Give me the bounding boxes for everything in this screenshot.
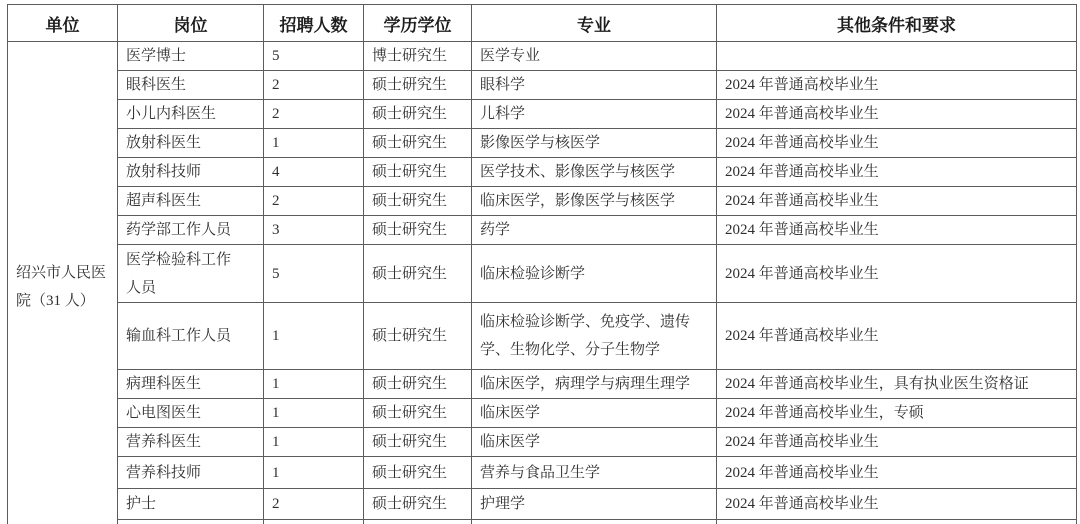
position-cell: 超声科医生 — [118, 187, 264, 216]
header-cell-count: 招聘人数 — [264, 5, 364, 42]
table-row: 绍兴市人民医院（31 人）医学博士5博士研究生医学专业 — [8, 42, 1077, 71]
major-cell: 影像医学与核医学 — [472, 129, 717, 158]
table-row: 输血科工作人员1硕士研究生临床检验诊断学、免疫学、遗传学、生物化学、分子生物学2… — [8, 303, 1077, 370]
header-cell-unit: 单位 — [8, 5, 118, 42]
position-cell: 药学部工作人员 — [118, 216, 264, 245]
count-cell: 2 — [264, 489, 364, 520]
count-cell-empty — [264, 520, 364, 524]
table-row: 小儿内科医生2硕士研究生儿科学2024 年普通高校毕业生 — [8, 100, 1077, 129]
position-cell: 小儿内科医生 — [118, 100, 264, 129]
position-cell: 医学检验科工作人员 — [118, 245, 264, 303]
count-cell: 1 — [264, 457, 364, 489]
position-cell: 放射科技师 — [118, 158, 264, 187]
header-cell-major: 专业 — [472, 5, 717, 42]
position-cell: 输血科工作人员 — [118, 303, 264, 370]
position-cell: 护士 — [118, 489, 264, 520]
other-cell: 2024 年普通高校毕业生 — [717, 303, 1077, 370]
count-cell: 2 — [264, 71, 364, 100]
degree-cell: 硕士研究生 — [364, 303, 472, 370]
position-cell: 心电图医生 — [118, 399, 264, 428]
position-cell: 病理科医生 — [118, 370, 264, 399]
unit-cell: 绍兴市人民医院（31 人） — [8, 42, 118, 524]
count-cell: 1 — [264, 428, 364, 457]
count-cell: 5 — [264, 42, 364, 71]
major-cell: 营养与食品卫生学 — [472, 457, 717, 489]
position-cell: 眼科医生 — [118, 71, 264, 100]
major-cell: 药学 — [472, 216, 717, 245]
other-cell: 2024 年普通高校毕业生，专硕 — [717, 399, 1077, 428]
table-row-partial — [8, 520, 1077, 524]
other-cell: 2024 年普通高校毕业生 — [717, 457, 1077, 489]
count-cell: 1 — [264, 303, 364, 370]
other-cell: 2024 年普通高校毕业生，具有执业医生资格证 — [717, 370, 1077, 399]
table-row: 营养科技师1硕士研究生营养与食品卫生学2024 年普通高校毕业生 — [8, 457, 1077, 489]
other-cell: 2024 年普通高校毕业生 — [717, 158, 1077, 187]
table-body: 绍兴市人民医院（31 人）医学博士5博士研究生医学专业眼科医生2硕士研究生眼科学… — [8, 42, 1077, 524]
other-cell: 2024 年普通高校毕业生 — [717, 71, 1077, 100]
degree-cell: 硕士研究生 — [364, 187, 472, 216]
table-header: 单位 岗位 招聘人数 学历学位 专业 其他条件和要求 — [8, 5, 1077, 42]
major-cell-empty — [472, 520, 717, 524]
table-row: 心电图医生1硕士研究生临床医学2024 年普通高校毕业生，专硕 — [8, 399, 1077, 428]
count-cell: 4 — [264, 158, 364, 187]
degree-cell: 硕士研究生 — [364, 216, 472, 245]
degree-cell: 硕士研究生 — [364, 100, 472, 129]
table-row: 药学部工作人员3硕士研究生药学2024 年普通高校毕业生 — [8, 216, 1077, 245]
table-row: 放射科技师4硕士研究生医学技术、影像医学与核医学2024 年普通高校毕业生 — [8, 158, 1077, 187]
degree-cell: 硕士研究生 — [364, 428, 472, 457]
other-cell: 2024 年普通高校毕业生 — [717, 187, 1077, 216]
count-cell: 1 — [264, 129, 364, 158]
count-cell: 2 — [264, 187, 364, 216]
count-cell: 1 — [264, 370, 364, 399]
header-cell-degree: 学历学位 — [364, 5, 472, 42]
major-cell: 临床检验诊断学、免疫学、遗传学、生物化学、分子生物学 — [472, 303, 717, 370]
major-cell: 临床医学 — [472, 399, 717, 428]
major-cell: 临床医学，病理学与病理生理学 — [472, 370, 717, 399]
other-cell: 2024 年普通高校毕业生 — [717, 428, 1077, 457]
other-cell: 2024 年普通高校毕业生 — [717, 216, 1077, 245]
count-cell: 2 — [264, 100, 364, 129]
table-row: 营养科医生1硕士研究生临床医学2024 年普通高校毕业生 — [8, 428, 1077, 457]
degree-cell: 博士研究生 — [364, 42, 472, 71]
degree-cell: 硕士研究生 — [364, 489, 472, 520]
degree-cell: 硕士研究生 — [364, 399, 472, 428]
recruitment-table: 单位 岗位 招聘人数 学历学位 专业 其他条件和要求 绍兴市人民医院（31 人）… — [7, 4, 1077, 524]
degree-cell: 硕士研究生 — [364, 370, 472, 399]
table-row: 护士2硕士研究生护理学2024 年普通高校毕业生 — [8, 489, 1077, 520]
header-cell-other: 其他条件和要求 — [717, 5, 1077, 42]
header-row: 单位 岗位 招聘人数 学历学位 专业 其他条件和要求 — [8, 5, 1077, 42]
table-row: 放射科医生1硕士研究生影像医学与核医学2024 年普通高校毕业生 — [8, 129, 1077, 158]
header-cell-position: 岗位 — [118, 5, 264, 42]
position-cell-empty — [118, 520, 264, 524]
degree-cell: 硕士研究生 — [364, 71, 472, 100]
major-cell: 临床医学，影像医学与核医学 — [472, 187, 717, 216]
degree-cell: 硕士研究生 — [364, 129, 472, 158]
degree-cell: 硕士研究生 — [364, 158, 472, 187]
other-cell: 2024 年普通高校毕业生 — [717, 129, 1077, 158]
table-row: 超声科医生2硕士研究生临床医学，影像医学与核医学2024 年普通高校毕业生 — [8, 187, 1077, 216]
table-row: 医学检验科工作人员5硕士研究生临床检验诊断学2024 年普通高校毕业生 — [8, 245, 1077, 303]
degree-cell: 硕士研究生 — [364, 245, 472, 303]
major-cell: 眼科学 — [472, 71, 717, 100]
other-cell: 2024 年普通高校毕业生 — [717, 245, 1077, 303]
major-cell: 医学专业 — [472, 42, 717, 71]
count-cell: 5 — [264, 245, 364, 303]
major-cell: 医学技术、影像医学与核医学 — [472, 158, 717, 187]
count-cell: 3 — [264, 216, 364, 245]
position-cell: 营养科医生 — [118, 428, 264, 457]
other-cell-empty — [717, 520, 1077, 524]
major-cell: 护理学 — [472, 489, 717, 520]
table-row: 眼科医生2硕士研究生眼科学2024 年普通高校毕业生 — [8, 71, 1077, 100]
table-row: 病理科医生1硕士研究生临床医学，病理学与病理生理学2024 年普通高校毕业生，具… — [8, 370, 1077, 399]
other-cell: 2024 年普通高校毕业生 — [717, 489, 1077, 520]
count-cell: 1 — [264, 399, 364, 428]
degree-cell: 硕士研究生 — [364, 457, 472, 489]
other-cell — [717, 42, 1077, 71]
major-cell: 临床检验诊断学 — [472, 245, 717, 303]
major-cell: 临床医学 — [472, 428, 717, 457]
major-cell: 儿科学 — [472, 100, 717, 129]
position-cell: 营养科技师 — [118, 457, 264, 489]
position-cell: 医学博士 — [118, 42, 264, 71]
recruitment-document-page: 单位 岗位 招聘人数 学历学位 专业 其他条件和要求 绍兴市人民医院（31 人）… — [0, 0, 1080, 524]
other-cell: 2024 年普通高校毕业生 — [717, 100, 1077, 129]
degree-cell-empty — [364, 520, 472, 524]
position-cell: 放射科医生 — [118, 129, 264, 158]
